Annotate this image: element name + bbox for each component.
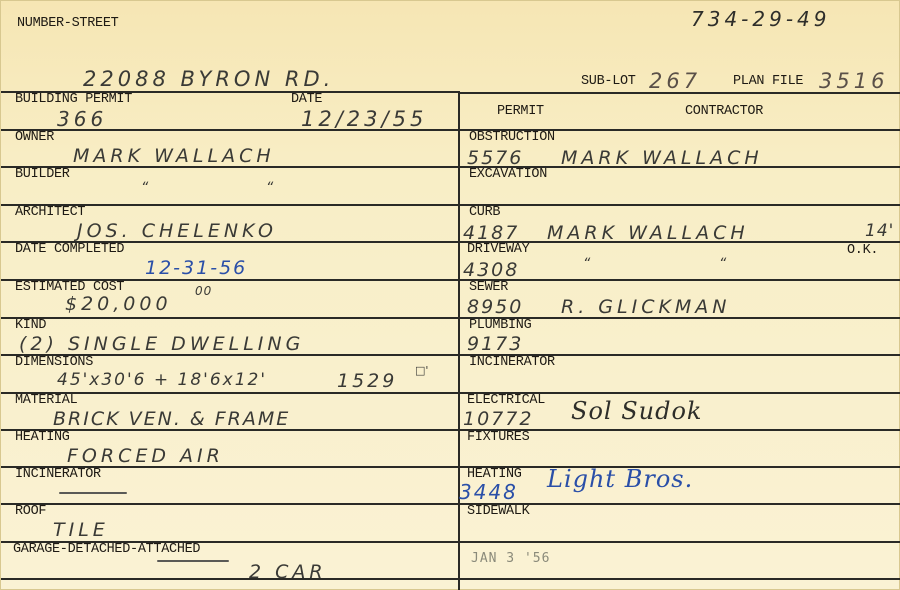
curb-permit: 4187: [463, 224, 519, 243]
plan-file-label: PLAN FILE: [733, 75, 803, 89]
garage-value: 2 CAR: [249, 563, 327, 582]
date-value: 12/23/55: [301, 109, 427, 130]
incinerator-label: INCINERATOR: [15, 468, 101, 482]
rule: [1, 503, 900, 505]
architect-label: ARCHITECT: [15, 206, 85, 220]
rule: [1, 129, 900, 131]
kind-label: KIND: [15, 319, 46, 333]
driveway-permit: 4308: [463, 261, 519, 280]
building-permit-value: 366: [57, 109, 107, 129]
plumbing-permit: 9173: [467, 335, 523, 354]
builder-label: BUILDER: [15, 168, 70, 182]
owner-value: MARK WALLACH: [73, 147, 275, 166]
obstruction-label: OBSTRUCTION: [469, 131, 555, 145]
heating-contractor: Light Bros.: [547, 467, 693, 491]
estimated-cost-value: $20,000: [65, 295, 172, 314]
contractor-column-header: CONTRACTOR: [685, 105, 763, 119]
owner-label: OWNER: [15, 131, 54, 145]
estimated-cost-cents: 00: [195, 285, 212, 297]
dimensions-label: DIMENSIONS: [15, 356, 93, 370]
heating-label: HEATING: [15, 431, 70, 445]
roof-value: TILE: [53, 521, 109, 540]
column-divider: [458, 91, 460, 590]
permit-card: NUMBER-STREET 734-29-49 22088 BYRON RD. …: [0, 0, 900, 590]
obstruction-contractor: MARK WALLACH: [561, 149, 763, 168]
sewer-contractor: R. GLICKMAN: [561, 298, 731, 317]
sub-lot-label: SUB-LOT: [581, 75, 636, 89]
sewer-label: SEWER: [469, 281, 508, 295]
obstruction-permit: 5576: [467, 149, 523, 168]
building-permit-label: BUILDING PERMIT: [15, 93, 132, 107]
builder-ditto-1: “: [141, 181, 152, 195]
dimensions-area: 1529: [337, 372, 397, 391]
address-value: 22088 BYRON RD.: [83, 69, 334, 90]
curb-note: 14': [865, 223, 894, 240]
card-number: 734-29-49: [691, 9, 831, 29]
electrical-label: ELECTRICAL: [467, 394, 545, 408]
electrical-contractor: Sol Sudok: [571, 399, 702, 423]
material-value: BRICK VEN. & FRAME: [53, 410, 290, 429]
rule: [1, 578, 900, 580]
incinerator-permit-label: INCINERATOR: [469, 356, 555, 370]
rule: [459, 92, 900, 94]
rule: [1, 204, 900, 206]
heating-value: FORCED AIR: [67, 447, 224, 466]
fixtures-label: FIXTURES: [467, 431, 529, 445]
driveway-note: O.K.: [847, 244, 878, 258]
number-street-label: NUMBER-STREET: [17, 17, 118, 31]
incinerator-dash: [59, 492, 127, 494]
garage-attached-underline: [157, 560, 229, 562]
rule: [1, 317, 900, 319]
driveway-ditto-2: “: [719, 257, 730, 271]
garage-label: GARAGE-DETACHED-ATTACHED: [13, 543, 200, 557]
driveway-label: DRIVEWAY: [467, 243, 529, 257]
plan-file-value: 3516: [819, 71, 888, 92]
roof-label: ROOF: [15, 505, 46, 519]
plumbing-label: PLUMBING: [469, 319, 531, 333]
sidewalk-label: SIDEWALK: [467, 505, 529, 519]
curb-label: CURB: [469, 206, 500, 220]
builder-ditto-2: “: [266, 181, 277, 195]
sub-lot-value: 267: [649, 71, 701, 92]
permit-column-header: PERMIT: [497, 105, 544, 119]
electrical-permit: 10772: [463, 410, 533, 429]
dimensions-value: 45'x30'6 + 18'6x12': [57, 372, 267, 389]
square-feet-icon: □': [415, 365, 428, 376]
excavation-label: EXCAVATION: [469, 168, 547, 182]
architect-value: JOS. CHELENKO: [77, 222, 277, 241]
curb-contractor: MARK WALLACH: [547, 224, 749, 243]
sewer-permit: 8950: [467, 298, 523, 317]
rule: [1, 279, 900, 281]
heating-permit: 3448: [459, 482, 518, 502]
date-completed-value: 12-31-56: [145, 259, 247, 278]
date-completed-label: DATE COMPLETED: [15, 243, 124, 257]
driveway-ditto-1: “: [583, 257, 594, 271]
kind-value: (2) SINGLE DWELLING: [19, 335, 304, 354]
date-label: DATE: [291, 93, 322, 107]
material-label: MATERIAL: [15, 394, 77, 408]
received-date-stamp: JAN 3 '56: [471, 551, 550, 566]
rule: [1, 392, 900, 394]
